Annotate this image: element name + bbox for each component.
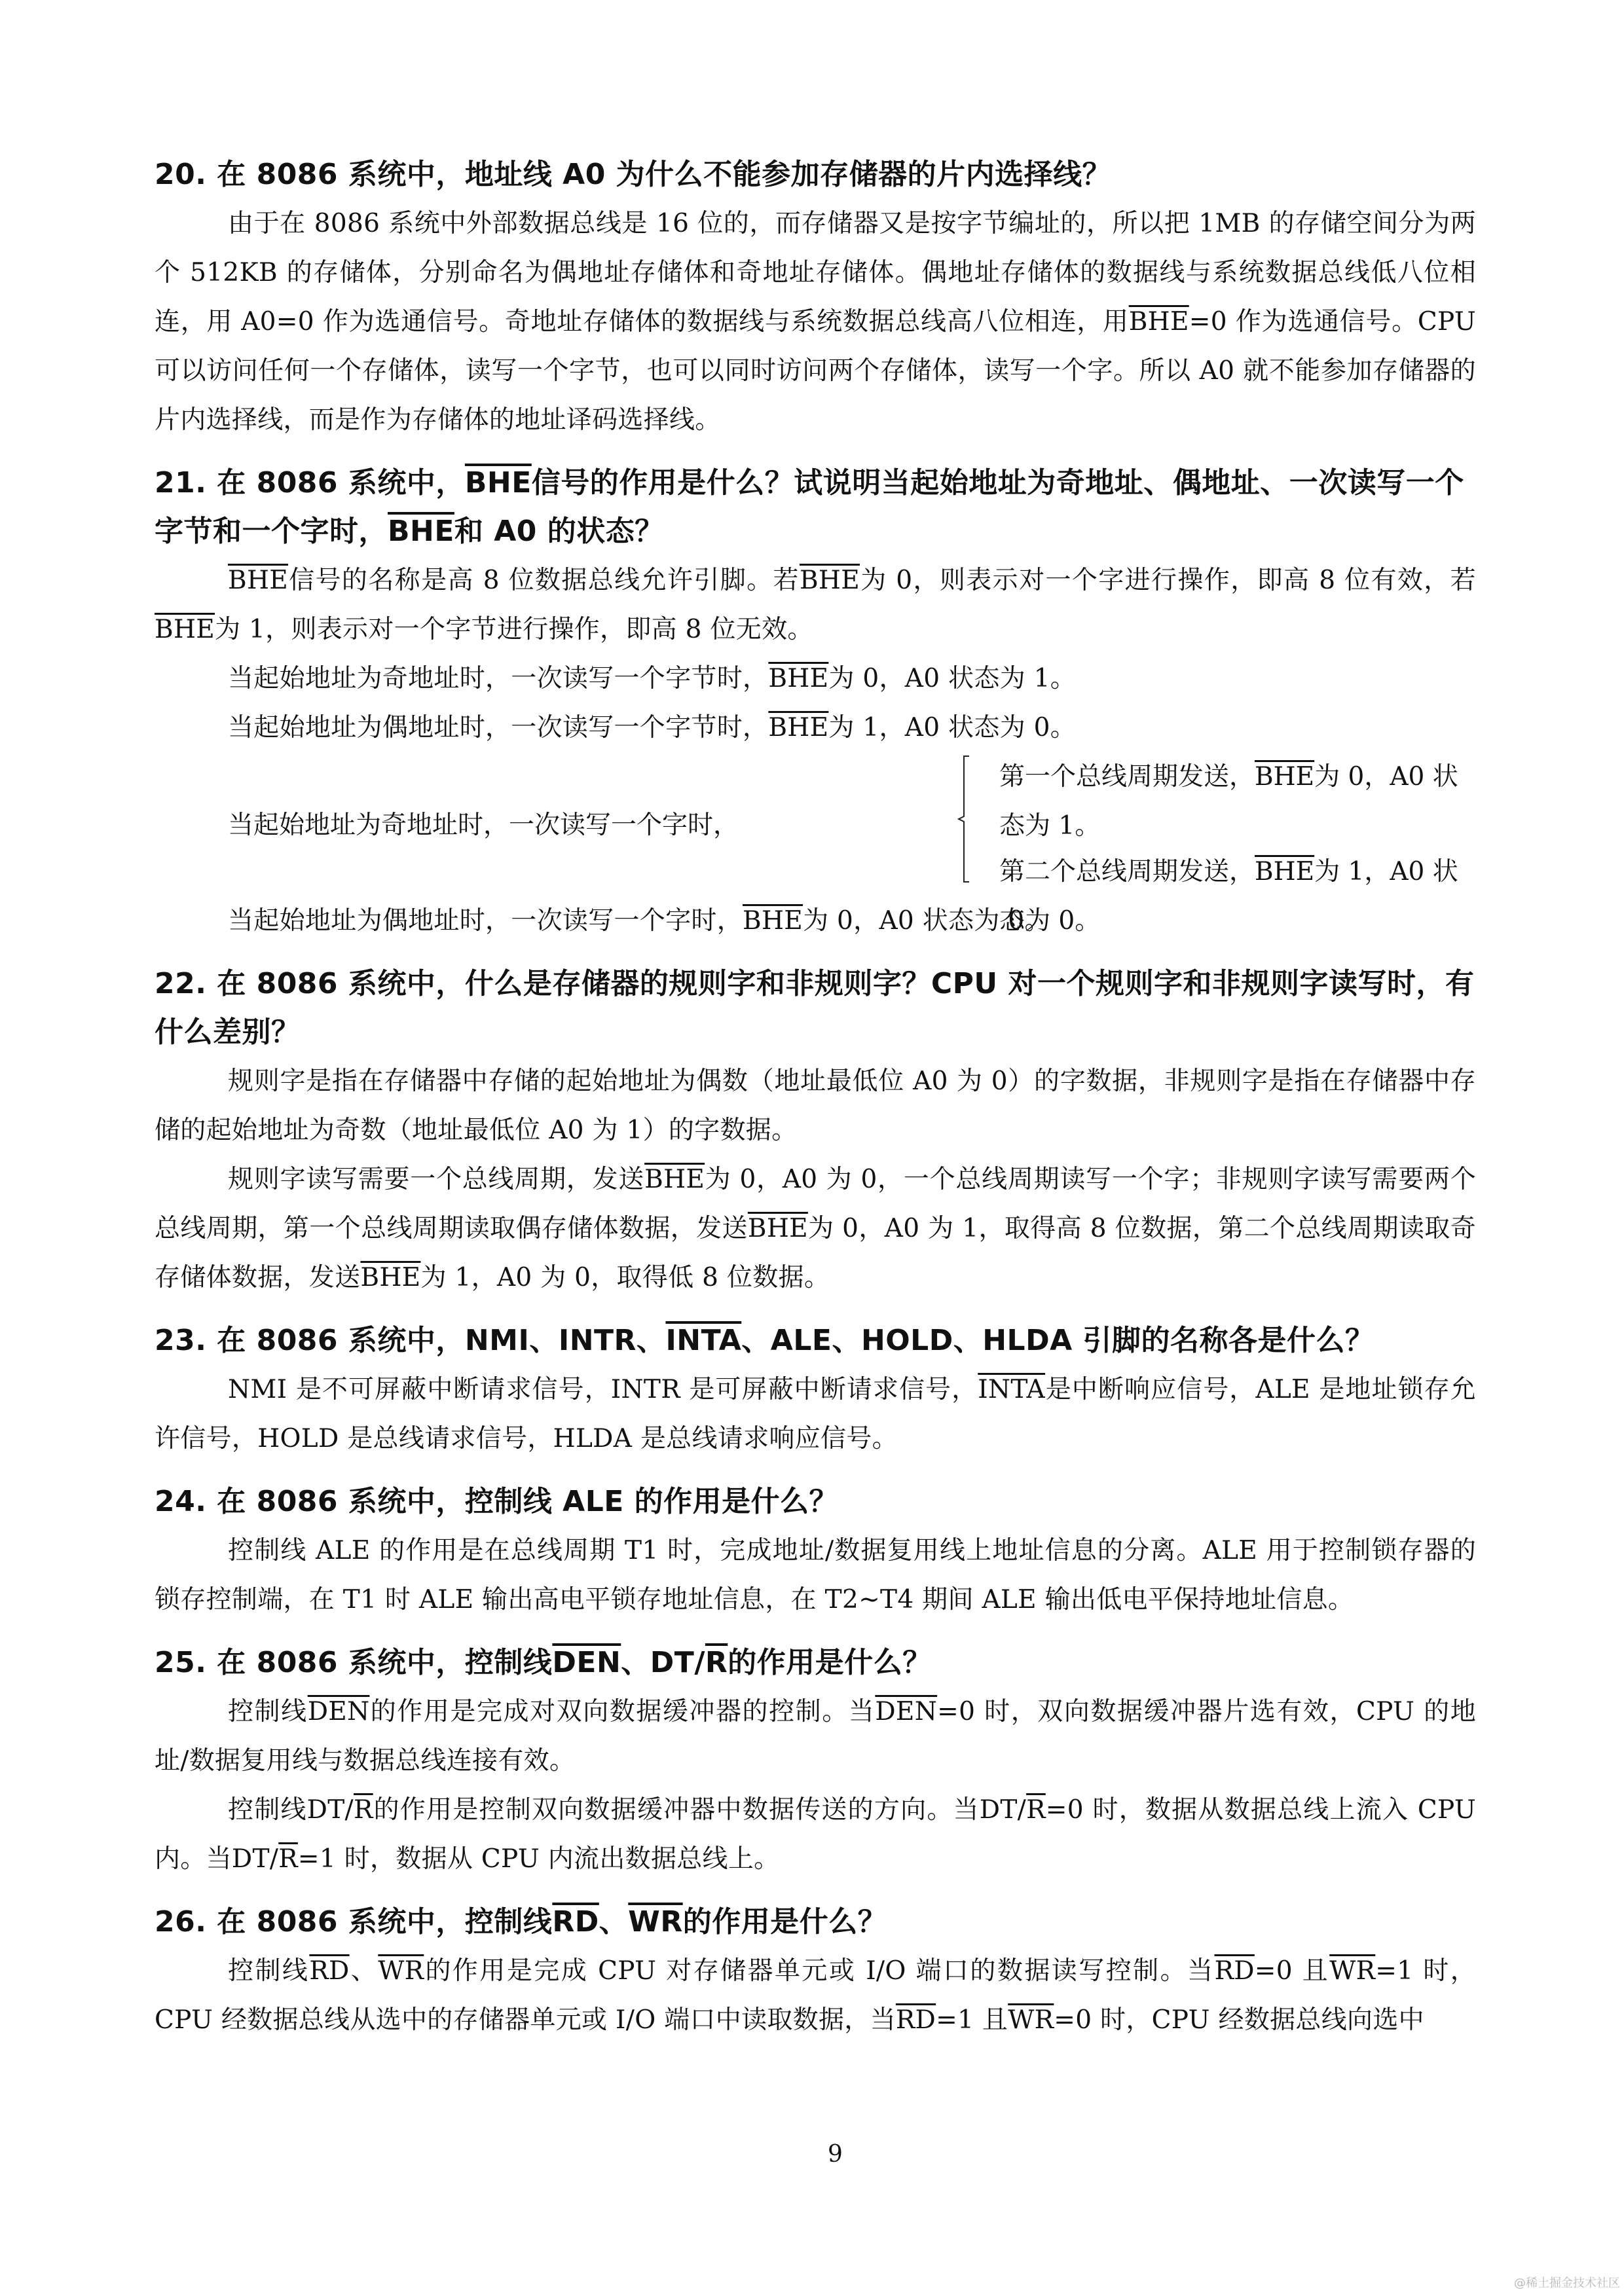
overlined-signal: R (354, 1795, 373, 1825)
brace-case-second: 第二个总线周期发送，BHE为 1，A0 状态为 0。 (999, 847, 1476, 945)
overlined-signal: WR (378, 1956, 424, 1986)
overlined-signal: INTA (978, 1375, 1045, 1404)
question-heading: 20. 在 8086 系统中，地址线 A0 为什么不能参加存储器的片内选择线？ (155, 151, 1476, 199)
text-run: 当起始地址为奇地址时，一次读写一个字时， (228, 811, 739, 840)
overlined-signal: BHE (768, 713, 828, 742)
text-run: 的作用是完成 CPU 对存储器单元或 I/O 端口的数据读写控制。当 (424, 1956, 1214, 1986)
page-number: 9 (828, 2141, 843, 2168)
question-heading: 26. 在 8086 系统中，控制线RD、WR的作用是什么？ (155, 1898, 1476, 1946)
overlined-signal: RD (896, 2005, 936, 2035)
text-run: 21. 在 8086 系统中， (155, 466, 465, 500)
text-run: 的作用是控制双向数据缓冲器中数据传送的方向。当DT/ (373, 1795, 1026, 1825)
text-run: NMI 是不可屏蔽中断请求信号，INTR 是可屏蔽中断请求信号， (228, 1375, 978, 1404)
overlined-signal: BHE (155, 615, 215, 644)
text-run: 25. 在 8086 系统中，控制线 (155, 1646, 552, 1679)
overlined-signal: BHE (465, 466, 532, 500)
overlined-signal: BHE (800, 566, 860, 595)
text-run: 第一个总线周期发送， (999, 762, 1255, 792)
answer-paragraph: 规则字是指在存储器中存储的起始地址为偶数（地址最低位 A0 为 0）的字数据，非… (155, 1057, 1476, 1155)
overlined-signal: BHE (1255, 857, 1314, 886)
text-run: 为 0，则表示对一个字进行操作，即高 8 位有效，若 (860, 566, 1476, 595)
text-run: 的作用是什么？ (683, 1905, 887, 1939)
text-run: 当起始地址为偶地址时，一次读写一个字时， (228, 906, 743, 936)
answer-paragraph: 控制线DEN的作用是完成对双向数据缓冲器的控制。当DEN=0 时，双向数据缓冲器… (155, 1687, 1476, 1785)
text-run: 信号的名称是高 8 位数据总线允许引脚。若 (288, 566, 800, 595)
overlined-signal: BHE (1255, 762, 1314, 792)
document-body: 20. 在 8086 系统中，地址线 A0 为什么不能参加存储器的片内选择线？由… (155, 151, 1476, 2045)
text-run: =0 且 (1255, 1956, 1329, 1986)
text-run: =1 时，数据从 CPU 内流出数据总线上。 (298, 1844, 780, 1874)
overlined-signal: BHE (768, 664, 828, 693)
text-run: 控制线 (228, 1697, 308, 1726)
watermark: @稀土掘金技术社区 (1514, 2274, 1620, 2291)
answer-paragraph: 当起始地址为偶地址时，一次读写一个字节时，BHE为 1，A0 状态为 0。 (155, 703, 1476, 752)
brace-case-first: 第一个总线周期发送，BHE为 0，A0 状态为 1。 (999, 752, 1476, 850)
text-run: 控制线 (228, 1956, 309, 1986)
overlined-signal: DEN (308, 1697, 370, 1726)
text-run: 控制线DT/ (228, 1795, 354, 1825)
answer-paragraph: BHE信号的名称是高 8 位数据总线允许引脚。若BHE为 0，则表示对一个字进行… (155, 556, 1476, 654)
text-run: 控制线 ALE 的作用是在总线周期 T1 时，完成地址/数据复用线上地址信息的分… (155, 1536, 1476, 1614)
overlined-signal: INTA (665, 1324, 741, 1357)
text-run: =0 时，CPU 经数据总线向选中 (1054, 2005, 1424, 2035)
question-heading: 24. 在 8086 系统中，控制线 ALE 的作用是什么？ (155, 1478, 1476, 1526)
overlined-signal: RD (1215, 1956, 1255, 1986)
text-run: 20. 在 8086 系统中，地址线 A0 为什么不能参加存储器的片内选择线？ (155, 158, 1111, 191)
text-run: 26. 在 8086 系统中，控制线 (155, 1905, 552, 1939)
overlined-signal: DEN (552, 1646, 621, 1679)
question-heading: 23. 在 8086 系统中，NMI、INTR、INTA、ALE、HOLD、HL… (155, 1317, 1476, 1365)
brace-condition: 当起始地址为奇地址时，一次读写一个字时， (228, 801, 739, 850)
text-run: 为 1，A0 为 0，取得低 8 位数据。 (420, 1263, 830, 1292)
text-run: 的作用是什么？ (728, 1646, 932, 1679)
text-run: 、 (350, 1956, 378, 1986)
overlined-signal: R (705, 1646, 728, 1679)
text-run: =1 且 (936, 2005, 1008, 2035)
left-brace-icon (955, 754, 974, 884)
text-run: 为 0，A0 状态为 1。 (828, 664, 1076, 693)
text-run: 、ALE、HOLD、HLDA 引脚的名称各是什么？ (741, 1324, 1374, 1357)
text-run: 24. 在 8086 系统中，控制线 ALE 的作用是什么？ (155, 1485, 838, 1518)
overlined-signal: BHE (748, 1214, 808, 1243)
answer-paragraph: 当起始地址为奇地址时，一次读写一个字节时，BHE为 0，A0 状态为 1。 (155, 654, 1476, 703)
overlined-signal: WR (1329, 1956, 1375, 1986)
overlined-signal: R (278, 1844, 298, 1874)
text-run: 为 1，则表示对一个字节进行操作，即高 8 位无效。 (215, 615, 813, 644)
text-run: 和 A0 的状态？ (454, 515, 664, 548)
overlined-signal: DEN (875, 1697, 937, 1726)
text-run: 当起始地址为奇地址时，一次读写一个字节时， (228, 664, 768, 693)
text-run: 23. 在 8086 系统中，NMI、INTR、 (155, 1324, 665, 1357)
text-run: 当起始地址为偶地址时，一次读写一个字节时， (228, 713, 768, 742)
answer-paragraph: 由于在 8086 系统中外部数据总线是 16 位的，而存储器又是按字节编址的，所… (155, 199, 1476, 445)
text-run: 为 1，A0 状态为 0。 (828, 713, 1076, 742)
text-run: 规则字是指在存储器中存储的起始地址为偶数（地址最低位 A0 为 0）的字数据，非… (155, 1066, 1476, 1145)
text-run: 、DT/ (621, 1646, 705, 1679)
overlined-signal: WR (628, 1905, 682, 1939)
answer-paragraph: NMI 是不可屏蔽中断请求信号，INTR 是可屏蔽中断请求信号，INTA是中断响… (155, 1365, 1476, 1463)
answer-paragraph: 控制线RD、WR的作用是完成 CPU 对存储器单元或 I/O 端口的数据读写控制… (155, 1946, 1476, 2045)
text-run: 第二个总线周期发送， (999, 857, 1255, 886)
overlined-signal: BHE (743, 906, 803, 936)
brace-case-block: 当起始地址为奇地址时，一次读写一个字时，第一个总线周期发送，BHE为 0，A0 … (155, 752, 1476, 896)
overlined-signal: BHE (1129, 307, 1189, 337)
question-heading: 21. 在 8086 系统中，BHE信号的作用是什么？试说明当起始地址为奇地址、… (155, 459, 1476, 556)
answer-paragraph: 控制线 ALE 的作用是在总线周期 T1 时，完成地址/数据复用线上地址信息的分… (155, 1526, 1476, 1624)
answer-paragraph: 控制线DT/R的作用是控制双向数据缓冲器中数据传送的方向。当DT/R=0 时，数… (155, 1785, 1476, 1884)
overlined-signal: BHE (228, 566, 288, 595)
text-run: 、 (599, 1905, 629, 1939)
overlined-signal: BHE (644, 1165, 705, 1194)
question-heading: 22. 在 8086 系统中，什么是存储器的规则字和非规则字？CPU 对一个规则… (155, 960, 1476, 1057)
text-run: 22. 在 8086 系统中，什么是存储器的规则字和非规则字？CPU 对一个规则… (155, 967, 1474, 1049)
overlined-signal: BHE (360, 1263, 420, 1292)
answer-paragraph: 规则字读写需要一个总线周期，发送BHE为 0，A0 为 0，一个总线周期读写一个… (155, 1155, 1476, 1302)
text-run: 的作用是完成对双向数据缓冲器的控制。当 (369, 1697, 875, 1726)
overlined-signal: RD (552, 1905, 599, 1939)
overlined-signal: RD (309, 1956, 349, 1986)
text-run: 规则字读写需要一个总线周期，发送 (228, 1165, 644, 1194)
question-heading: 25. 在 8086 系统中，控制线DEN、DT/R的作用是什么？ (155, 1639, 1476, 1687)
overlined-signal: BHE (388, 515, 454, 548)
overlined-signal: WR (1008, 2005, 1054, 2035)
overlined-signal: R (1026, 1795, 1046, 1825)
